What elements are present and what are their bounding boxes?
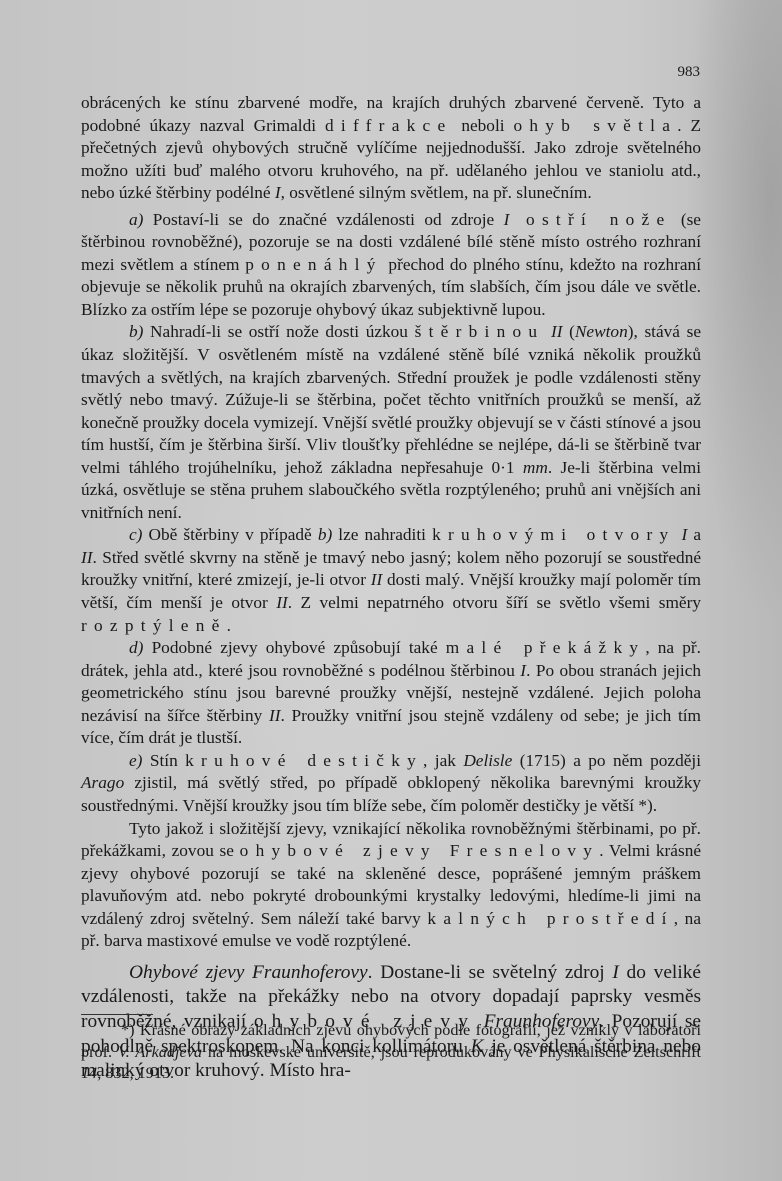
text: (1715) a po něm později bbox=[512, 751, 701, 770]
text: a bbox=[687, 525, 701, 544]
paragraph-a: a) Postaví-li se do značné vzdálenosti o… bbox=[81, 209, 701, 322]
text: . Z velmi nepatrného otvoru šíří se svět… bbox=[288, 593, 701, 612]
item-label: c) bbox=[129, 525, 142, 544]
text: Nahradí-li se ostří nože dosti úzkou bbox=[143, 322, 414, 341]
spaced-emphasis: kalných prostředí bbox=[427, 909, 673, 928]
text: , 832, 1913. bbox=[97, 1064, 174, 1082]
italic-term: mm bbox=[523, 458, 548, 477]
italic-term: Arago bbox=[81, 773, 124, 792]
text: , jak bbox=[423, 751, 463, 770]
paragraph-c: c) Obě štěrbiny v případě b) lze nahradi… bbox=[81, 524, 701, 637]
footnote-rule bbox=[81, 1014, 153, 1015]
text: neboli bbox=[452, 116, 513, 135]
italic-term: V. Arkadjeva bbox=[118, 1043, 202, 1061]
text: . Dostane-li se světelný zdroj bbox=[368, 962, 613, 983]
spaced-emphasis: ohyb světla bbox=[513, 116, 677, 135]
paragraph-d: d) Podobné zjevy ohybové způsobují také … bbox=[81, 637, 701, 750]
paragraph-b: b) Nahradí-li se ostří nože dosti úzkou … bbox=[81, 321, 701, 524]
spaced-emphasis: ponenáhlý bbox=[245, 255, 382, 274]
item-label: b) bbox=[129, 322, 143, 341]
italic-term: Delisle bbox=[463, 751, 512, 770]
paragraph-intro: obrácených ke stínu zbarvené modře, na k… bbox=[81, 92, 701, 205]
text: ), stává se úkaz složitější. V osvětlené… bbox=[81, 322, 701, 476]
italic-term: II bbox=[269, 706, 281, 725]
footnote-mark: *) bbox=[121, 1021, 134, 1039]
italic-term: II bbox=[276, 593, 288, 612]
paragraph-e: e) Stín kruhové destičky, jak Delisle (1… bbox=[81, 750, 701, 818]
text: Obě štěrbiny v případě bbox=[142, 525, 317, 544]
text: . bbox=[227, 616, 231, 635]
item-label: a) bbox=[129, 210, 143, 229]
italic-term: Newton bbox=[575, 322, 628, 341]
italic-term: II bbox=[551, 322, 563, 341]
spaced-emphasis: ohybové zjevy Fresnelovy bbox=[240, 841, 600, 860]
spaced-emphasis: kruhové destičky bbox=[185, 751, 423, 770]
body-text: obrácených ke stínu zbarvené modře, na k… bbox=[81, 92, 701, 1084]
text: Postaví-li se do značné vzdálenosti od z… bbox=[143, 210, 503, 229]
spaced-emphasis: kruhovými otvory bbox=[432, 525, 675, 544]
item-label: e) bbox=[129, 751, 142, 770]
spaced-emphasis: malé překážky bbox=[446, 638, 646, 657]
spaced-emphasis: štěrbinou bbox=[415, 322, 545, 341]
text: na moskevské universitě, jsou reprodukov… bbox=[202, 1043, 701, 1061]
paragraph-fresnel: Tyto jakož i složitější zjevy, vznikajíc… bbox=[81, 818, 701, 953]
italic-term: b) bbox=[318, 525, 332, 544]
spaced-emphasis: ostří nože bbox=[509, 210, 671, 229]
text: lze nahraditi bbox=[332, 525, 432, 544]
spaced-emphasis: rozptýleně bbox=[81, 616, 227, 635]
text: Podobné zjevy ohybové způsobují také bbox=[143, 638, 445, 657]
text: Stín bbox=[142, 751, 185, 770]
italic-term: II bbox=[371, 570, 383, 589]
footnote-text: *) Krásné obrazy základních zjevů ohybov… bbox=[81, 1020, 701, 1085]
text: ( bbox=[562, 322, 574, 341]
text: , osvětlené silným světlem, na př. slune… bbox=[281, 183, 592, 202]
italic-term: II bbox=[81, 548, 93, 567]
italic-term: 14 bbox=[81, 1064, 97, 1082]
item-label: d) bbox=[129, 638, 143, 657]
text bbox=[544, 322, 551, 341]
footnote: *) Krásné obrazy základních zjevů ohybov… bbox=[81, 1020, 701, 1085]
section-heading-inline: Ohybové zjevy Fraunhoferovy bbox=[129, 962, 368, 983]
text: zjistil, má světlý střed, po případě obk… bbox=[81, 773, 701, 815]
spaced-emphasis: diffrakce bbox=[325, 116, 452, 135]
page-number: 983 bbox=[660, 64, 700, 81]
